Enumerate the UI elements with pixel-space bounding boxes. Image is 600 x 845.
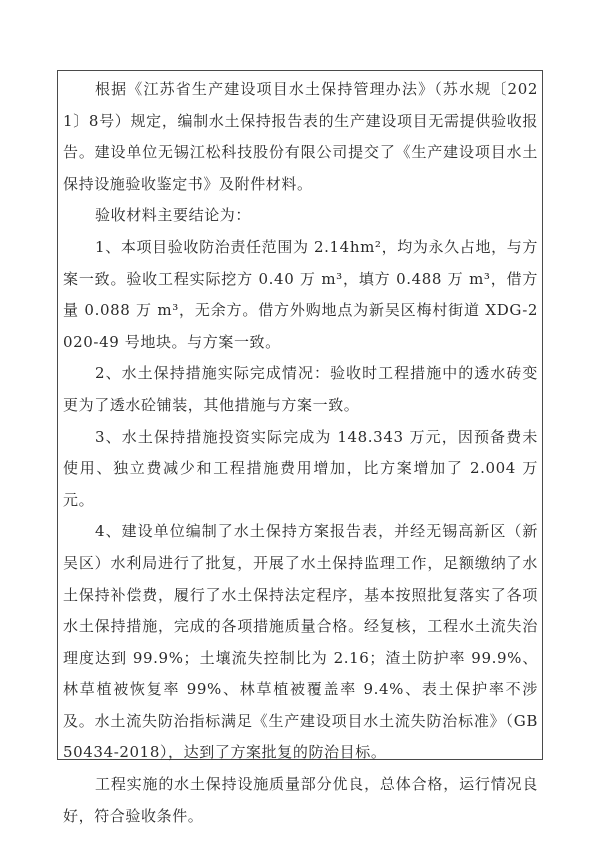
acceptance-conclusion-box: 根据《江苏省生产建设项目水土保持管理办法》（苏水规〔2021〕8号）规定，编制水… bbox=[57, 70, 543, 760]
paragraph-conclusion-heading: 验收材料主要结论为： bbox=[63, 200, 538, 232]
paragraph-final-verdict: 工程实施的水土保持设施质量部分优良，总体合格，运行情况良好，符合验收条件。 bbox=[63, 769, 538, 832]
paragraph-item-3-investment: 3、水土保持措施投资实际完成为 148.343 万元，因预备费未使用、独立费减少… bbox=[63, 422, 538, 517]
paragraph-item-4-compliance: 4、建设单位编制了水土保持方案报告表，并经无锡高新区（新吴区）水利局进行了批复，… bbox=[63, 516, 538, 769]
paragraph-item-2-measures: 2、水土保持措施实际完成情况：验收时工程措施中的透水砖变更为了透水砼铺装，其他措… bbox=[63, 358, 538, 421]
paragraph-item-1-scope: 1、本项目验收防治责任范围为 2.14hm²，均为永久占地，与方案一致。验收工程… bbox=[63, 232, 538, 358]
paragraph-regulation-basis: 根据《江苏省生产建设项目水土保持管理办法》（苏水规〔2021〕8号）规定，编制水… bbox=[63, 74, 538, 200]
